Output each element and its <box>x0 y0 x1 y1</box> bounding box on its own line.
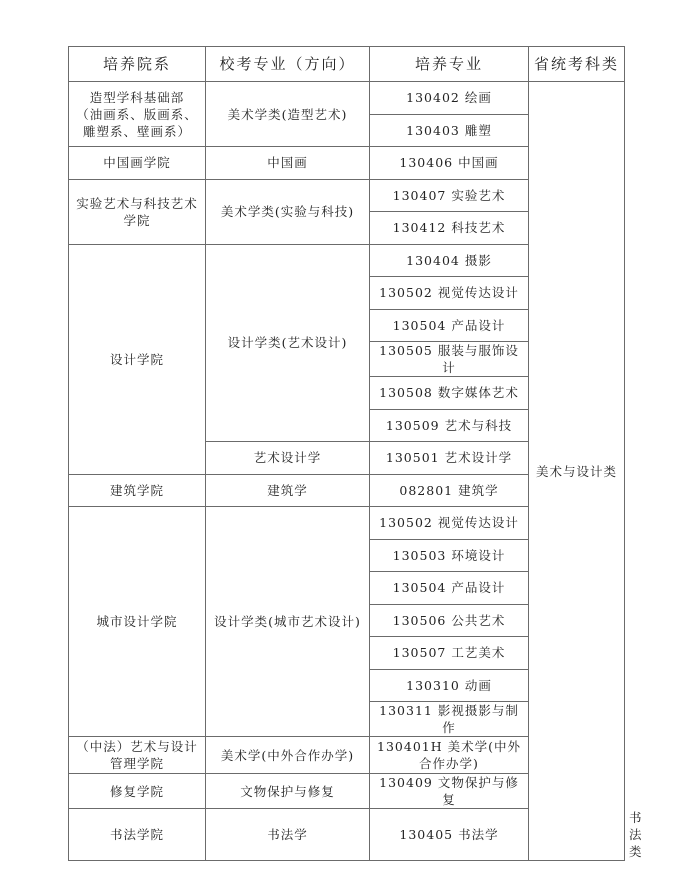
major-cell: 130404 摄影 <box>370 244 529 277</box>
major-cell: 130509 艺术与科技 <box>370 409 529 442</box>
major-cell: 130508 数字媒体艺术 <box>370 377 529 410</box>
major-cell: 130406 中国画 <box>370 147 529 180</box>
college-cell: 城市设计学院 <box>69 507 206 737</box>
majors-table: 培养院系 校考专业（方向） 培养专业 省统考科类 造型学科基础部 （油画系、版画… <box>68 46 625 861</box>
college-cell: 造型学科基础部 （油画系、版画系、 雕塑系、壁画系） <box>69 82 206 147</box>
college-cell: 修复学院 <box>69 774 206 809</box>
major-cell: 130502 视觉传达设计 <box>370 507 529 540</box>
major-cell: 130504 产品设计 <box>370 572 529 605</box>
direction-cell: 中国画 <box>206 147 370 180</box>
direction-cell: 设计学类(城市艺术设计) <box>206 507 370 737</box>
major-cell: 082801 建筑学 <box>370 474 529 507</box>
major-cell: 130403 雕塑 <box>370 114 529 147</box>
header-college: 培养院系 <box>69 47 206 82</box>
header-exam-category: 省统考科类 <box>529 47 625 82</box>
direction-cell: 美术学类(实验与科技) <box>206 179 370 244</box>
direction-cell: 建筑学 <box>206 474 370 507</box>
exam-category-cell: 美术与设计类 <box>529 82 625 861</box>
major-cell: 130501 艺术设计学 <box>370 442 529 475</box>
header-row: 培养院系 校考专业（方向） 培养专业 省统考科类 <box>69 47 625 82</box>
college-cell: 实验艺术与科技艺术 学院 <box>69 179 206 244</box>
major-cell: 130412 科技艺术 <box>370 212 529 245</box>
college-cell: 中国画学院 <box>69 147 206 180</box>
major-cell: 130504 产品设计 <box>370 309 529 342</box>
major-cell: 130503 环境设计 <box>370 539 529 572</box>
direction-cell: 设计学类(艺术设计) <box>206 244 370 442</box>
major-cell: 130505 服装与服饰设计 <box>370 342 529 377</box>
direction-cell: 文物保护与修复 <box>206 774 370 809</box>
major-cell: 130402 绘画 <box>370 82 529 115</box>
direction-cell: 艺术设计学 <box>206 442 370 475</box>
major-cell: 130502 视觉传达设计 <box>370 277 529 310</box>
college-cell: 书法学院 <box>69 809 206 861</box>
major-cell: 130407 实验艺术 <box>370 179 529 212</box>
header-major: 培养专业 <box>370 47 529 82</box>
major-cell: 130409 文物保护与修复 <box>370 774 529 809</box>
college-cell: 建筑学院 <box>69 474 206 507</box>
major-cell: 130311 影视摄影与制作 <box>370 702 529 737</box>
major-cell: 130506 公共艺术 <box>370 604 529 637</box>
table-row: 造型学科基础部 （油画系、版画系、 雕塑系、壁画系） 美术学类(造型艺术) 13… <box>69 82 625 115</box>
major-cell: 130507 工艺美术 <box>370 637 529 670</box>
direction-cell: 书法学 <box>206 809 370 861</box>
direction-cell: 美术学(中外合作办学) <box>206 737 370 774</box>
major-cell: 130401H 美术学(中外 合作办学) <box>370 737 529 774</box>
college-cell: （中法）艺术与设计 管理学院 <box>69 737 206 774</box>
college-cell: 设计学院 <box>69 244 206 474</box>
header-direction: 校考专业（方向） <box>206 47 370 82</box>
major-cell: 130310 动画 <box>370 669 529 702</box>
major-cell: 130405 书法学 <box>370 809 529 861</box>
direction-cell: 美术学类(造型艺术) <box>206 82 370 147</box>
